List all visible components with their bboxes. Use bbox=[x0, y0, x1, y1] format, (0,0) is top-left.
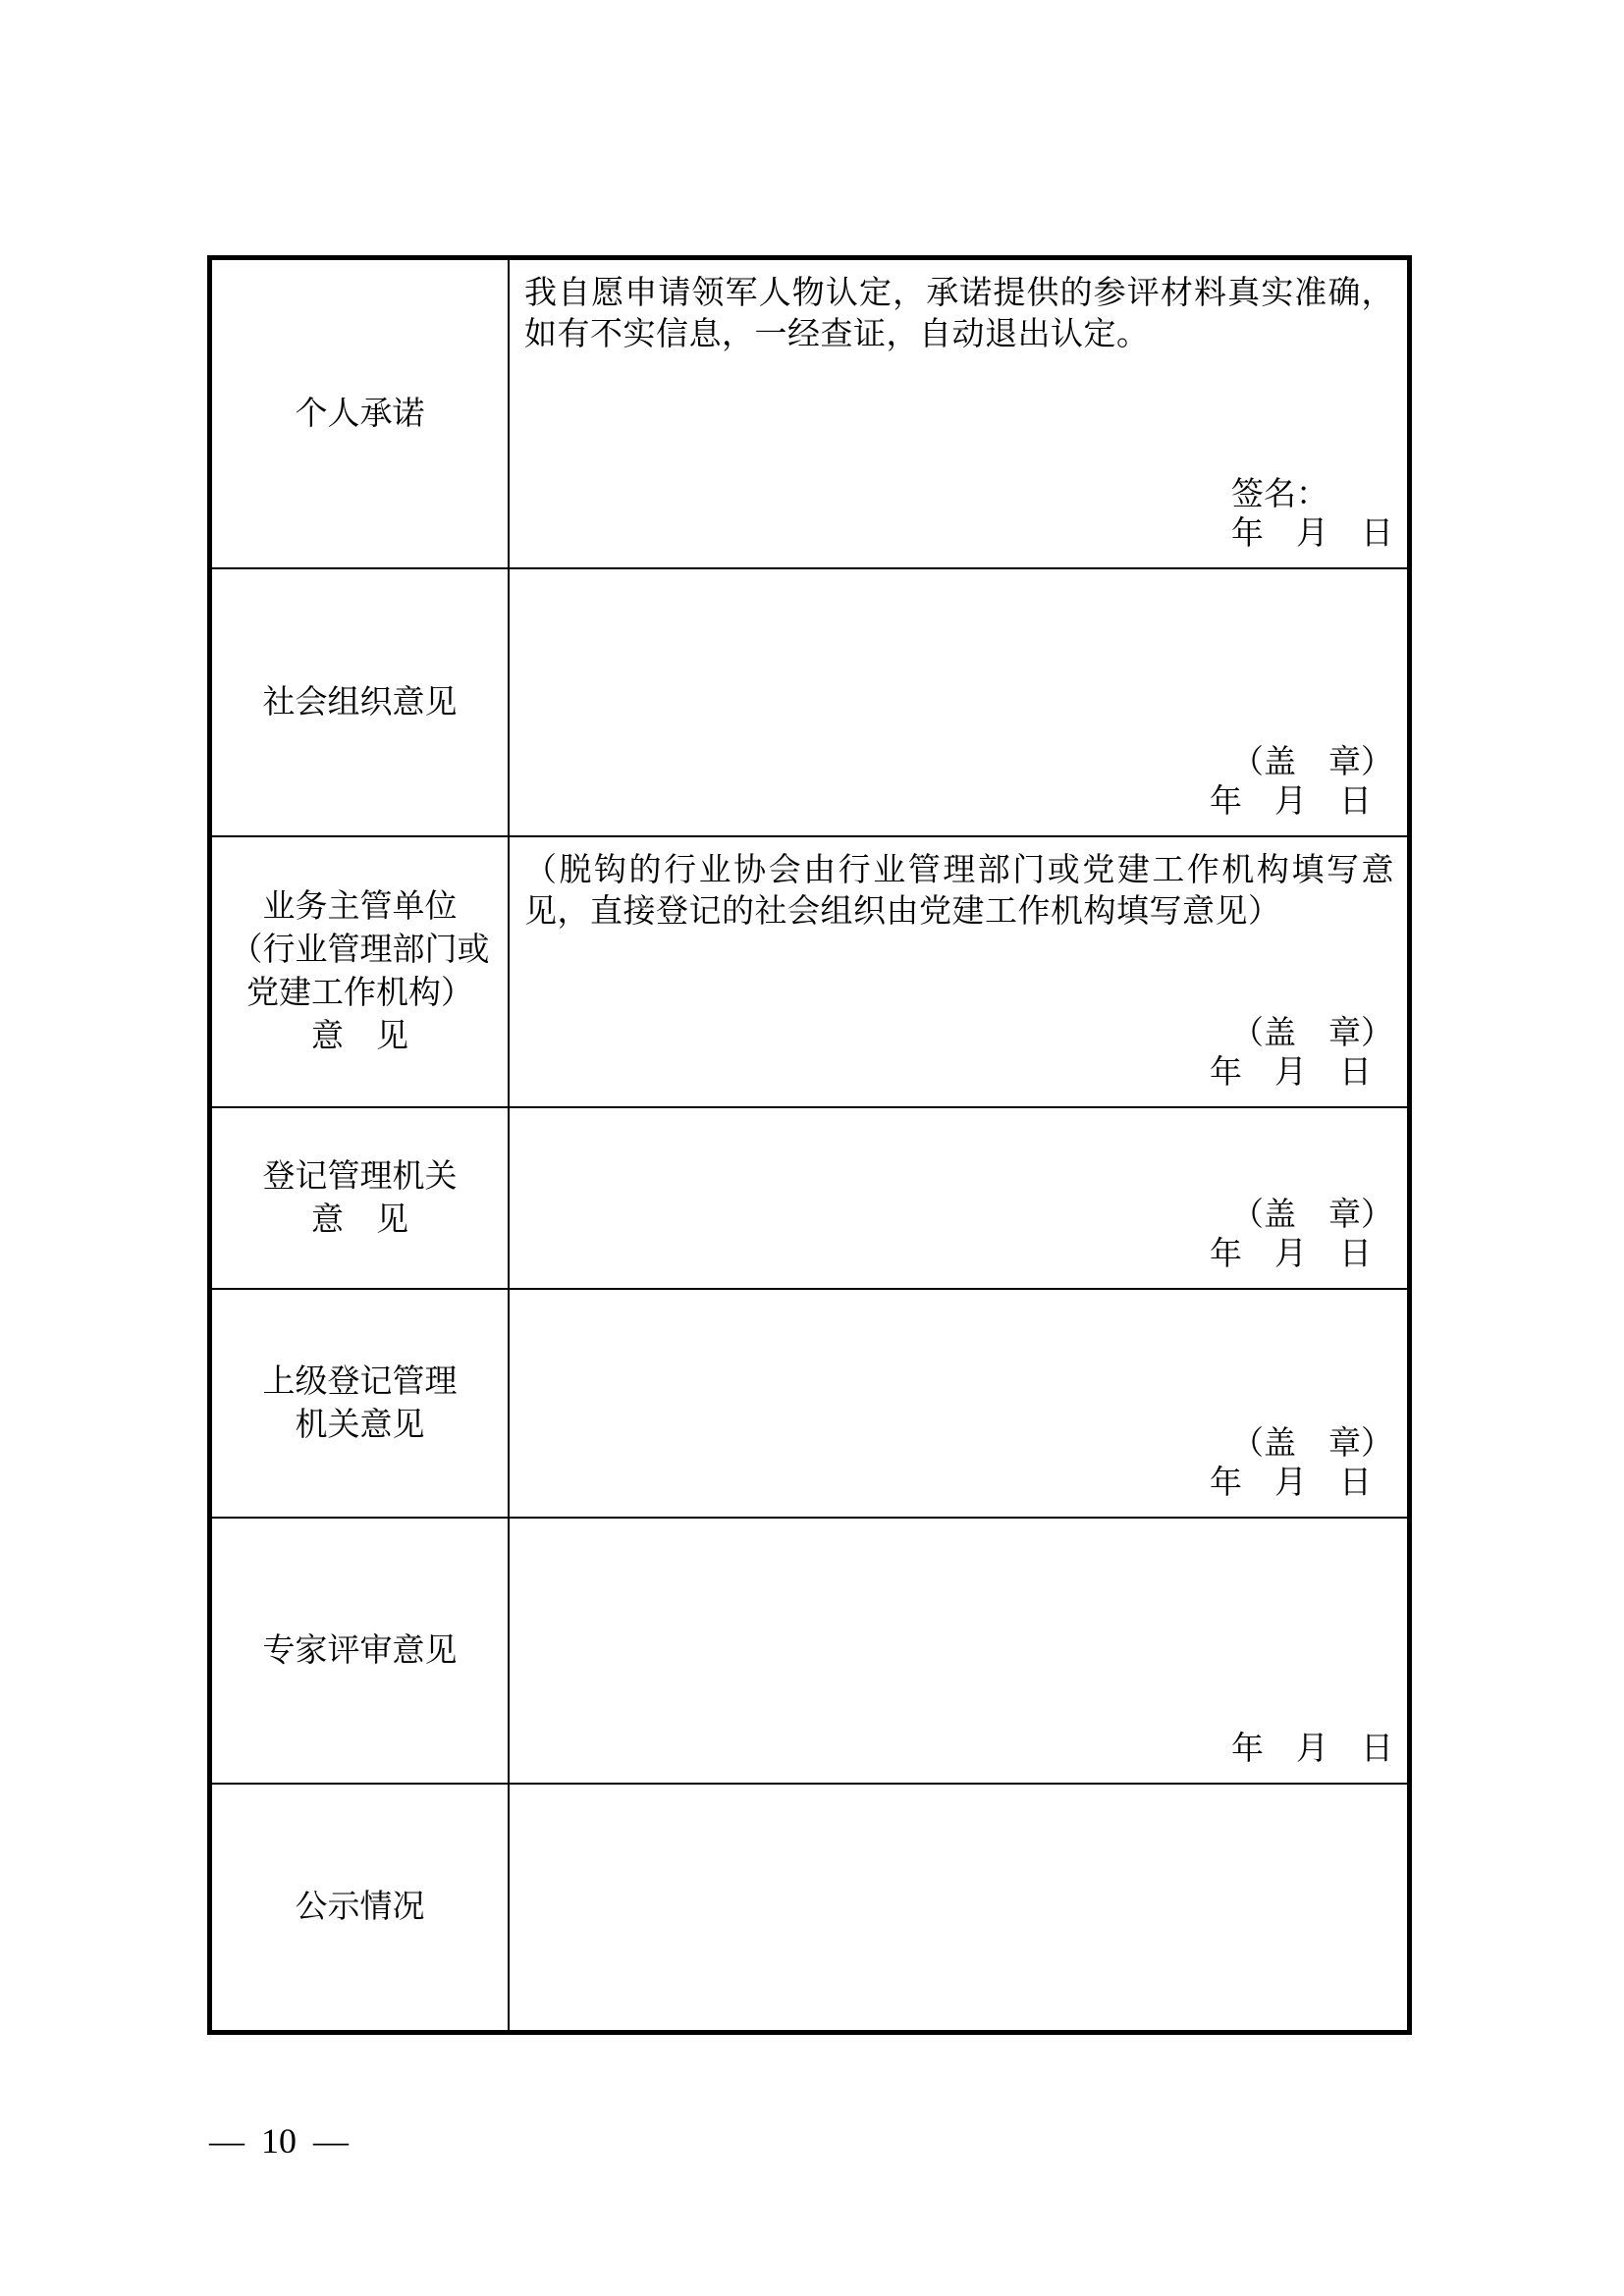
stamp-line: （盖 章） bbox=[1210, 743, 1393, 782]
label-personal-commitment: 个人承诺 bbox=[296, 393, 425, 436]
stamp-line: （盖 章） bbox=[1210, 1424, 1393, 1464]
content-cell-supervisory-unit-opinion: （脱钩的行业协会由行业管理部门或党建工作机构填写意见，直接登记的社会组织由党建工… bbox=[510, 837, 1407, 1106]
date-line: 年 月 日 bbox=[1210, 782, 1372, 822]
stamp-block: （盖 章） 年 月 日 bbox=[1210, 1014, 1393, 1093]
stamp-line: （盖 章） bbox=[1210, 1014, 1393, 1053]
date-line: 年 月 日 bbox=[1210, 1053, 1372, 1093]
label-expert-review-opinion: 专家评审意见 bbox=[263, 1629, 458, 1673]
label-cell-expert-review-opinion: 专家评审意见 bbox=[212, 1519, 510, 1783]
table-row-higher-registration-authority-opinion: 上级登记管理 机关意见 （盖 章） 年 月 日 bbox=[212, 1290, 1407, 1519]
content-cell-higher-registration-authority-opinion: （盖 章） 年 月 日 bbox=[510, 1290, 1407, 1517]
label-cell-supervisory-unit-opinion: 业务主管单位 （行业管理部门或 党建工作机构） 意 见 bbox=[212, 837, 510, 1106]
label-cell-higher-registration-authority-opinion: 上级登记管理 机关意见 bbox=[212, 1290, 510, 1517]
date-line: 年 月 日 bbox=[1210, 1464, 1372, 1503]
table-row-social-org-opinion: 社会组织意见 （盖 章） 年 月 日 bbox=[212, 569, 1407, 837]
date-block: 年 月 日 bbox=[1231, 1730, 1393, 1769]
stamp-block: （盖 章） 年 月 日 bbox=[1210, 743, 1393, 822]
content-cell-publicity-status bbox=[510, 1785, 1407, 2030]
label-supervisory-unit-opinion: 业务主管单位 （行业管理部门或 党建工作机构） 意 见 bbox=[231, 885, 490, 1058]
label-higher-registration-authority-opinion: 上级登记管理 机关意见 bbox=[263, 1361, 458, 1447]
label-cell-registration-authority-opinion: 登记管理机关 意 见 bbox=[212, 1108, 510, 1288]
content-cell-personal-commitment: 我自愿申请领军人物认定，承诺提供的参评材料真实准确，如有不实信息，一经查证，自动… bbox=[510, 260, 1407, 567]
content-cell-social-org-opinion: （盖 章） 年 月 日 bbox=[510, 569, 1407, 835]
commitment-statement: 我自愿申请领军人物认定，承诺提供的参评材料真实准确，如有不实信息，一经查证，自动… bbox=[510, 260, 1407, 355]
signature-label: 签名： bbox=[1231, 475, 1393, 514]
table-row-supervisory-unit-opinion: 业务主管单位 （行业管理部门或 党建工作机构） 意 见 （脱钩的行业协会由行业管… bbox=[212, 837, 1407, 1108]
date-line: 年 月 日 bbox=[1210, 1235, 1372, 1274]
approval-opinions-table: 个人承诺 我自愿申请领军人物认定，承诺提供的参评材料真实准确，如有不实信息，一经… bbox=[207, 255, 1412, 2035]
supervisory-unit-instructions: （脱钩的行业协会由行业管理部门或党建工作机构填写意见，直接登记的社会组织由党建工… bbox=[510, 837, 1407, 933]
stamp-block: （盖 章） 年 月 日 bbox=[1210, 1196, 1393, 1274]
date-line: 年 月 日 bbox=[1231, 514, 1393, 554]
label-cell-social-org-opinion: 社会组织意见 bbox=[212, 569, 510, 835]
label-social-org-opinion: 社会组织意见 bbox=[263, 681, 458, 724]
signature-block: 签名： 年 月 日 bbox=[1231, 475, 1393, 554]
content-cell-registration-authority-opinion: （盖 章） 年 月 日 bbox=[510, 1108, 1407, 1288]
content-cell-expert-review-opinion: 年 月 日 bbox=[510, 1519, 1407, 1783]
date-line: 年 月 日 bbox=[1231, 1730, 1393, 1769]
label-registration-authority-opinion: 登记管理机关 意 见 bbox=[263, 1155, 458, 1242]
stamp-block: （盖 章） 年 月 日 bbox=[1210, 1424, 1393, 1503]
table-row-publicity-status: 公示情况 bbox=[212, 1785, 1407, 2030]
label-publicity-status: 公示情况 bbox=[296, 1886, 425, 1929]
table-row-registration-authority-opinion: 登记管理机关 意 见 （盖 章） 年 月 日 bbox=[212, 1108, 1407, 1290]
table-row-personal-commitment: 个人承诺 我自愿申请领军人物认定，承诺提供的参评材料真实准确，如有不实信息，一经… bbox=[212, 260, 1407, 569]
page-number: — 10 — bbox=[209, 2120, 349, 2162]
form-page: 个人承诺 我自愿申请领军人物认定，承诺提供的参评材料真实准确，如有不实信息，一经… bbox=[0, 0, 1624, 2296]
stamp-line: （盖 章） bbox=[1210, 1196, 1393, 1235]
label-cell-publicity-status: 公示情况 bbox=[212, 1785, 510, 2030]
label-cell-personal-commitment: 个人承诺 bbox=[212, 260, 510, 567]
table-row-expert-review-opinion: 专家评审意见 年 月 日 bbox=[212, 1519, 1407, 1785]
